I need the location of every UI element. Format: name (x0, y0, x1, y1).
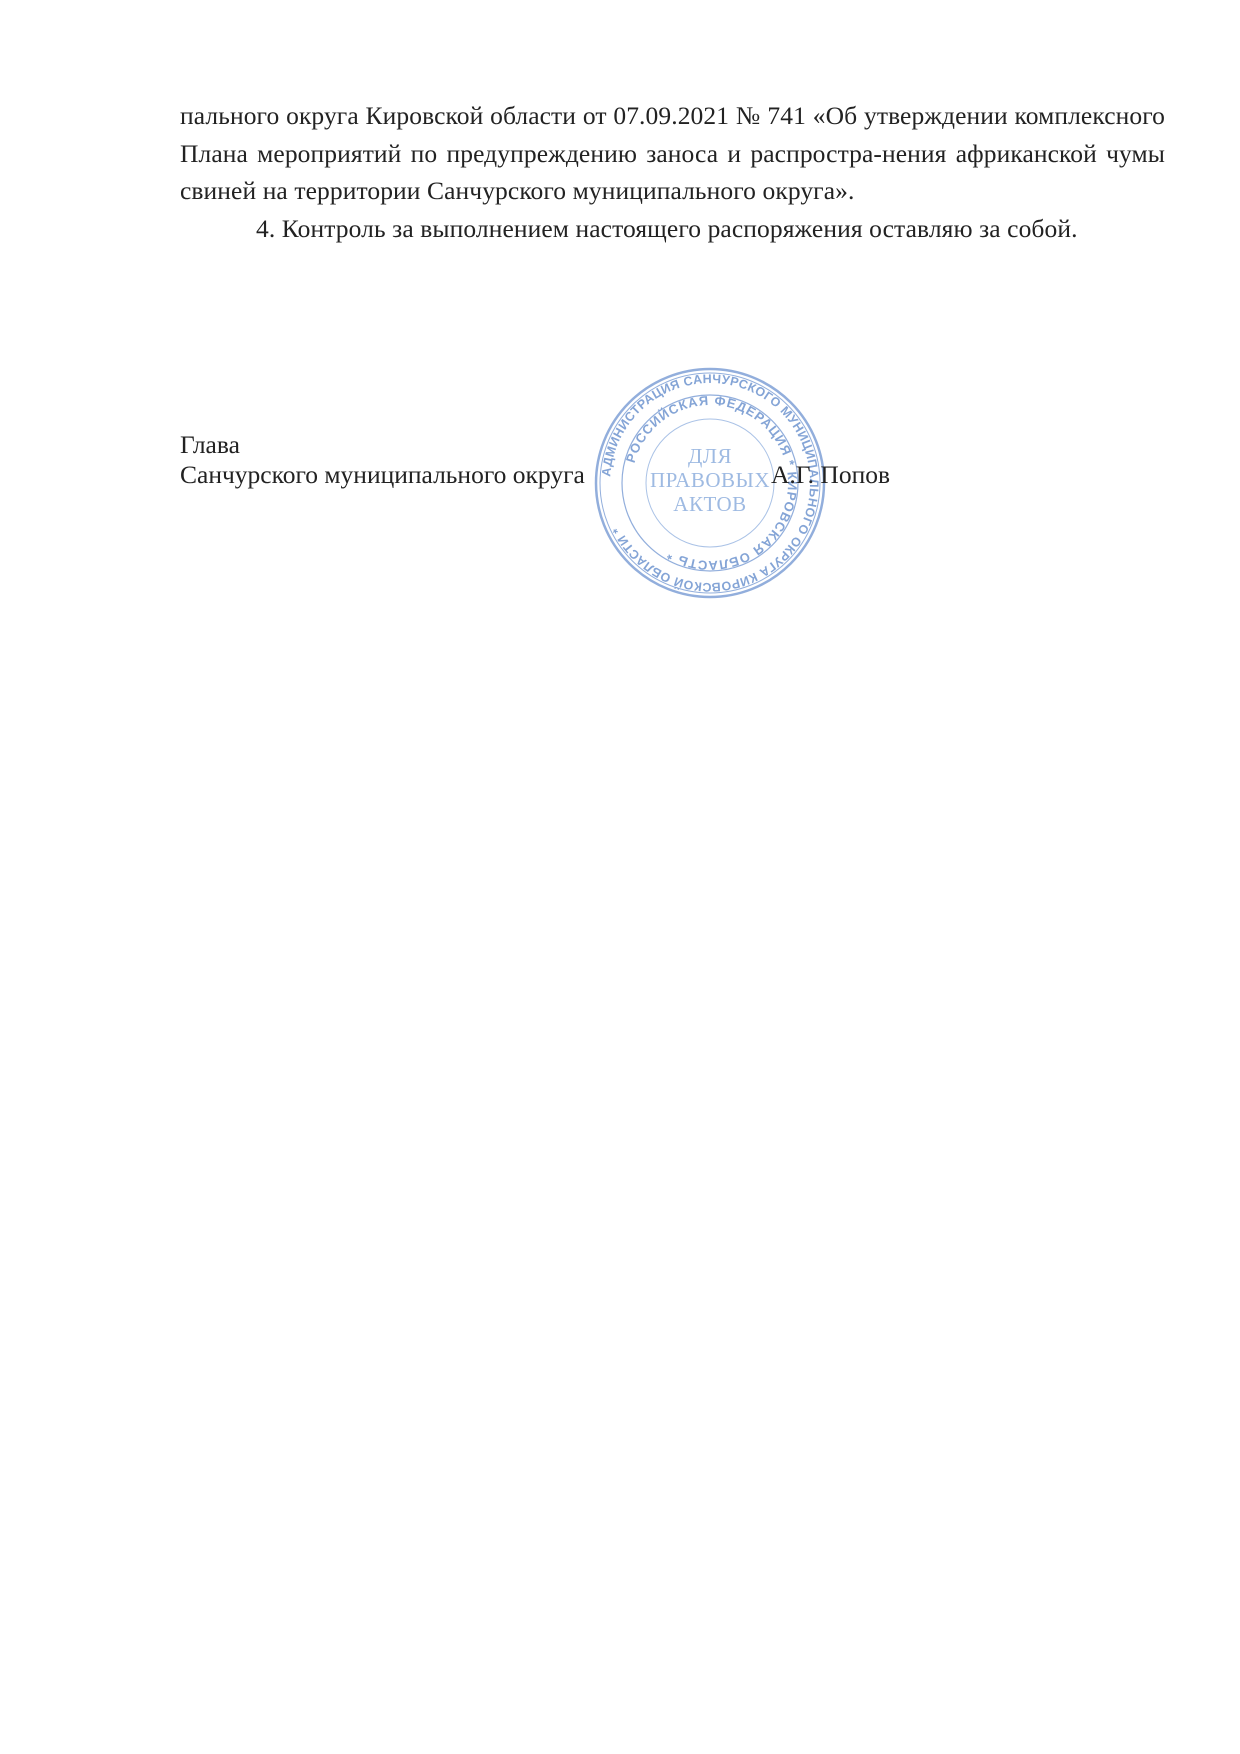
paragraph-continuation: пального округа Кировской области от 07.… (180, 97, 1165, 210)
signature-title-line1: Глава (180, 430, 585, 460)
signatory-name: А.Г. Попов (771, 460, 890, 490)
stamp-center-line3: АКТОВ (673, 492, 746, 516)
stamp-center-line1: ДЛЯ (688, 444, 732, 468)
signature-title: Глава Санчурского муниципального округа (180, 430, 585, 490)
signature-title-line2: Санчурского муниципального округа (180, 460, 585, 490)
paragraph-item-4: 4. Контроль за выполнением настоящего ра… (180, 210, 1165, 248)
document-page: пального округа Кировской области от 07.… (0, 0, 1240, 1754)
document-body: пального округа Кировской области от 07.… (180, 97, 1165, 247)
stamp-center-line2: ПРАВОВЫХ (650, 468, 770, 492)
